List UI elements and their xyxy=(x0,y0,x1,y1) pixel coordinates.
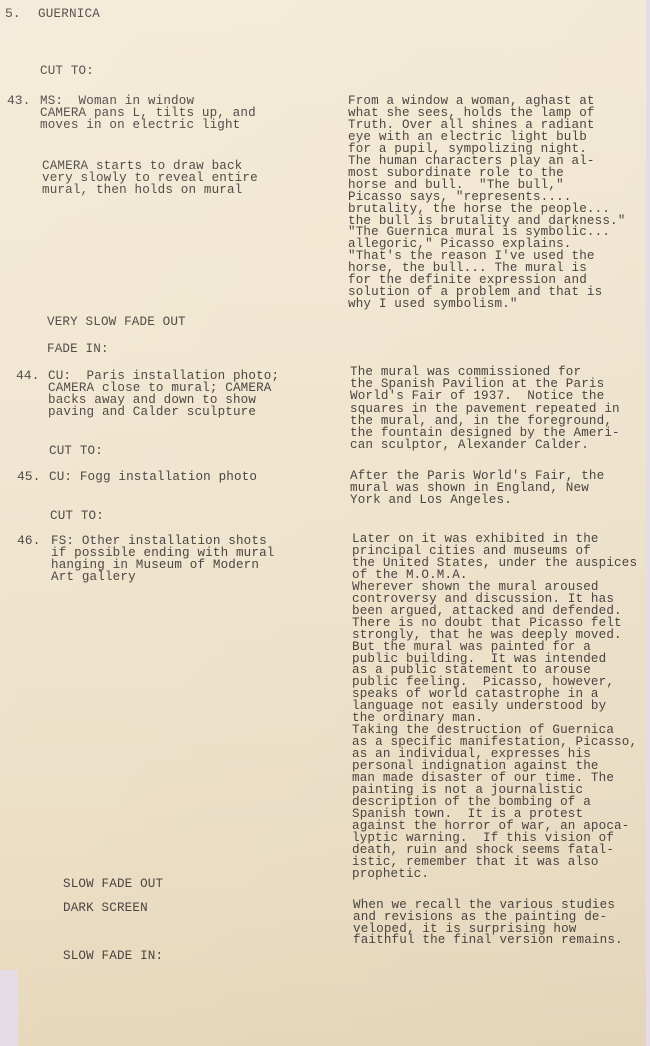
direction-line: mural, then holds on mural xyxy=(42,184,242,197)
shot-number: 43. xyxy=(7,95,30,108)
narration-line: York and Los Angeles. xyxy=(350,494,512,507)
direction-line: moves in on electric light xyxy=(40,119,240,132)
direction-line: paving and Calder sculpture xyxy=(48,406,256,419)
transition-slow-fade-out: SLOW FADE OUT xyxy=(63,878,163,891)
transition-cut-to: CUT TO: xyxy=(49,445,103,458)
narration-line: faithful the final version remains. xyxy=(353,934,623,947)
narration-line: why I used symbolism." xyxy=(348,298,518,311)
transition-very-slow-fade-out: VERY SLOW FADE OUT xyxy=(47,316,186,329)
direction-line: Art gallery xyxy=(51,571,136,584)
shot-number: 46. xyxy=(17,535,40,548)
direction-line: CU: Fogg installation photo xyxy=(49,471,257,484)
transition-fade-in: FADE IN: xyxy=(47,343,109,356)
transition-slow-fade-in: SLOW FADE IN: xyxy=(63,950,163,963)
transition-dark-screen: DARK SCREEN xyxy=(63,902,148,915)
transition-cut-to: CUT TO: xyxy=(50,510,104,523)
transition-cut-to: CUT TO: xyxy=(40,65,94,78)
narration-line: prophetic. xyxy=(352,868,429,881)
shot-number: 44. xyxy=(16,370,39,383)
script-page: 5. GUERNICA CUT TO: 43. MS: Woman in win… xyxy=(0,0,646,1046)
page-title: GUERNICA xyxy=(38,8,100,21)
page-number: 5. xyxy=(5,8,21,21)
shot-number: 45. xyxy=(17,471,40,484)
background-edge xyxy=(0,970,18,1046)
narration-line: can sculptor, Alexander Calder. xyxy=(350,439,589,452)
